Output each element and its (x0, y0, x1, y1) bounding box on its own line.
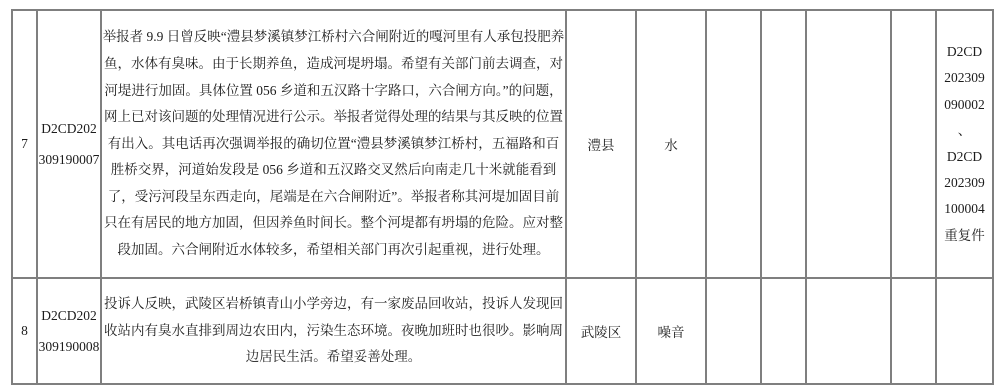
empty-cell (806, 10, 891, 278)
category-cell: 水 (636, 10, 706, 278)
empty-cell (891, 278, 936, 384)
table-row-8: 8 D2CD202 309190008 投诉人反映，武陵区岩桥镇青山小学旁边，有… (12, 278, 993, 384)
empty-cell (706, 278, 761, 384)
empty-cell (891, 10, 936, 278)
category-cell: 噪音 (636, 278, 706, 384)
duplicate-remark-cell (936, 278, 993, 384)
row-number: 8 (12, 278, 37, 384)
report-id: D2CD202 309190008 (37, 278, 101, 384)
report-id: D2CD202 309190007 (37, 10, 101, 278)
empty-cell (806, 278, 891, 384)
complaint-register-sheet: 7 D2CD202 309190007 举报者 9.9 日曾反映“澧县梦溪镇梦江… (11, 9, 994, 385)
area-cell: 武陵区 (566, 278, 636, 384)
duplicate-remark-cell: D2CD 202309 090002 、 D2CD 202309 100004 … (936, 10, 993, 278)
row-number: 7 (12, 10, 37, 278)
empty-cell (706, 10, 761, 278)
empty-cell (761, 278, 806, 384)
complaint-description: 举报者 9.9 日曾反映“澧县梦溪镇梦江桥村六合闸附近的嘎河里有人承包投肥养鱼，… (101, 10, 566, 278)
table-row-7: 7 D2CD202 309190007 举报者 9.9 日曾反映“澧县梦溪镇梦江… (12, 10, 993, 278)
complaints-table: 7 D2CD202 309190007 举报者 9.9 日曾反映“澧县梦溪镇梦江… (11, 9, 994, 385)
area-cell: 澧县 (566, 10, 636, 278)
complaint-description: 投诉人反映，武陵区岩桥镇青山小学旁边，有一家废品回收站，投诉人发现回收站内有臭水… (101, 278, 566, 384)
empty-cell (761, 10, 806, 278)
